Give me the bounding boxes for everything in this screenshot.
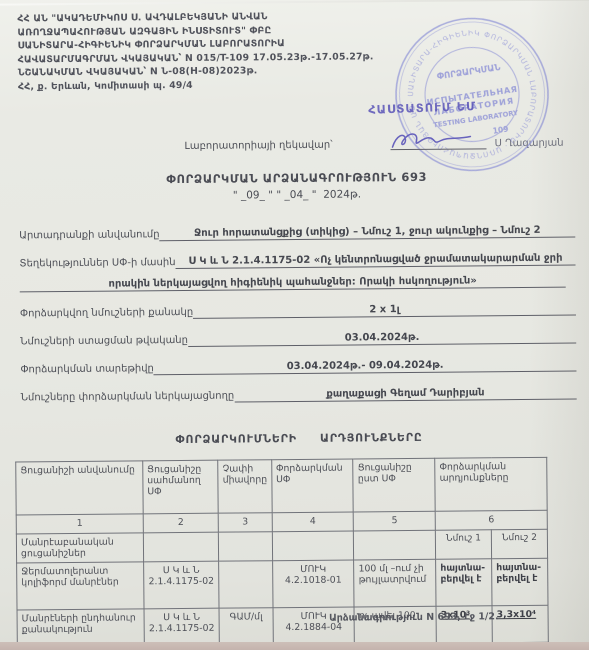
paper-sheet: ՀՀ ԱՆ "ԱԿԱԴԵՄԻԿՈՍ Ս. ԱՎԴԱԼԲԵԿՅԱՆԻ ԱՆՎԱՆ …: [0, 0, 589, 649]
column-header-results: Փորձարկման արդյունքները: [435, 457, 547, 511]
field-submitter: Նմուշները փորձարկման ներկայացնողը քաղաքա…: [21, 387, 577, 405]
results-title: ՓՈՐՁԱՐԿՈՒՄՆԵՐԻ ԱՐԴՅՈՒՆՔՆԵՐԸ: [21, 430, 577, 448]
signature-scribble-icon: [388, 128, 474, 155]
field-product-name: Արտադրանքի անվանումը Ջուր հորատանցքից (տ…: [19, 225, 575, 243]
column-number: 5: [354, 511, 436, 531]
signature-row: Լաբորատորիայի ղեկավար՝ Ս Ղազարյան: [18, 123, 574, 154]
field-value: Ս Կ և Ն 2.1.4.1175-02 «Ոչ կենտրոնացված ջ…: [175, 253, 575, 269]
signer-name: Ս Ղազարյան: [495, 138, 564, 150]
column-header-norm: Ցուցանիշը ըստ ՍՓ: [353, 458, 435, 512]
sample-1-header: Նմուշ 1: [435, 530, 491, 559]
org-header-line-6: ՀՀ, ք. Երևան, Կոմիտասի պ. 49/4: [18, 77, 398, 94]
stamp-title-armenian: ՓՈՐՁԱՐԿՄԱՆ: [436, 63, 501, 82]
signature-line: [390, 130, 486, 150]
table-row-section: Մանրէաբանական ցուցանիշներ Նմուշ 1 Նմուշ …: [16, 529, 547, 563]
column-header-test-sp: Փորձարկման ՍՓ: [271, 459, 353, 513]
field-value: 03.04.2024թ.: [188, 331, 576, 347]
row-sp: Ս Կ և Ն 2.1.4.1175-02: [143, 561, 219, 609]
desk-edge: [0, 642, 589, 650]
field-label: Նմուշների ստացման թվականը: [20, 335, 188, 348]
field-value: Ջուր հորատանցքից (տիկից) – Նմուշ 1, ջուր…: [159, 225, 575, 242]
field-label: Փորձարկման տարեթիվը: [20, 363, 154, 376]
result-sample-2: հայտնա-բերվել է: [492, 558, 548, 605]
protocol-title: ՓՈՐՁԱՐԿՄԱՆ ԱՐՁԱՆԱԳՐՈՒԹՅՈՒՆ 693: [19, 169, 575, 188]
column-header-unit: Չափի միավորը: [218, 460, 272, 513]
row-test-sp: ՄՈՒԿ 4.2.1018-01: [272, 560, 354, 608]
row-unit: ԳԱՄ/մլ: [219, 608, 273, 645]
row-norm: 100 մլ –ում չի թույլատրվում: [354, 559, 436, 607]
title-block: ՓՈՐՁԱՐԿՄԱՆ ԱՐՁԱՆԱԳՐՈՒԹՅՈՒՆ 693 " _09_ " …: [19, 169, 575, 204]
field-testing-dates: Փորձարկման տարեթիվը 03.04.2024թ.- 09.04.…: [20, 359, 576, 377]
results-header-row: Ցուցանիշի անվանումը Ցուցանիշը սահմանող Ս…: [16, 457, 547, 515]
paper-fold: [0, 0, 589, 6]
table-row-coliform: Ջերմատոլերանտ կոլիֆորմ մանրէներ Ս Կ և Ն …: [17, 558, 548, 610]
row-test-sp: [272, 531, 354, 561]
result-sample-2: 3,3x10⁴: [492, 605, 548, 642]
lab-stamp-icon: · ՍԱՆԻՏԱՐԱ-ՀԻԳԻԵՆԻԿ ՓՈՐՁԱՐԿՄԱՆ ԼԱԲՈՐԱՏՈՐ…: [381, 4, 563, 186]
field-label: Տեղեկություններ ՍՓ-ի մասին: [19, 257, 175, 270]
column-number: 4: [272, 512, 354, 532]
column-number: 3: [218, 513, 272, 532]
document-photo: ՀՀ ԱՆ "ԱԿԱԴԵՄԻԿՈՍ Ս. ԱՎԴԱԼԲԵԿՅԱՆԻ ԱՆՎԱՆ …: [0, 0, 589, 650]
field-value: 2 x 1լ: [193, 303, 576, 319]
result-sample-1: հայտնա-բերվել է: [436, 559, 492, 606]
field-label: Արտադրանքի անվանումը: [19, 229, 159, 242]
page-reference: Արձանագրություն N 693, էջ 1/2.: [329, 611, 499, 623]
sample-2-header: Նմուշ 2: [491, 529, 547, 558]
field-sp-info: Տեղեկություններ ՍՓ-ի մասին Ս Կ և Ն 2.1.4…: [19, 253, 575, 271]
approve-stamp: ՀԱՍՏԱՏՈՒՄ ԵՄ: [368, 99, 476, 117]
org-header: ՀՀ ԱՆ "ԱԿԱԴԵՄԻԿՈՍ Ս. ԱՎԴԱԼԲԵԿՅԱՆԻ ԱՆՎԱՆ …: [17, 9, 398, 93]
row-indicator-name: Ջերմատոլերանտ կոլիֆորմ մանրէներ: [17, 562, 144, 610]
column-number: 2: [143, 513, 219, 533]
field-received-date: Նմուշների ստացման թվականը 03.04.2024թ.: [20, 331, 576, 349]
row-unit: [219, 532, 273, 561]
row-sp: Ս Կ և Ն 2.1.4.1175-02: [144, 608, 220, 646]
form-fields: Արտադրանքի անվանումը Ջուր հորատանցքից (տ…: [19, 225, 577, 405]
row-unit: [219, 561, 273, 608]
row-norm: [354, 530, 436, 560]
field-label: Փորձարկվող նմուշների քանակը: [20, 307, 193, 321]
column-number: 6: [435, 510, 547, 530]
field-value: 03.04.2024թ.- 09.04.2024թ.: [154, 359, 577, 376]
protocol-date: " _09_ " " _04_ " 2024թ.: [19, 187, 575, 204]
row-sp: [143, 532, 219, 562]
field-value: քաղաքացի Գեղամ Դարիբյան: [234, 387, 577, 403]
field-sample-count: Փորձարկվող նմուշների քանակը 2 x 1լ: [20, 303, 576, 321]
column-header-indicator: Ցուցանիշի անվանումը: [16, 461, 143, 515]
field-sp-info-continuation: որակին ներկայացվող հիգիենիկ պահանջներ: Ո…: [20, 275, 566, 293]
field-label: Նմուշները փորձարկման ներկայացնողը: [21, 391, 235, 405]
signature-label: Լաբորատորիայի ղեկավար՝: [184, 140, 332, 152]
column-number: 1: [16, 514, 143, 534]
column-header-defining-sp: Ցուցանիշը սահմանող ՍՓ: [143, 460, 219, 514]
row-indicator-name: Մանրէաբանական ցուցանիշներ: [16, 533, 143, 563]
